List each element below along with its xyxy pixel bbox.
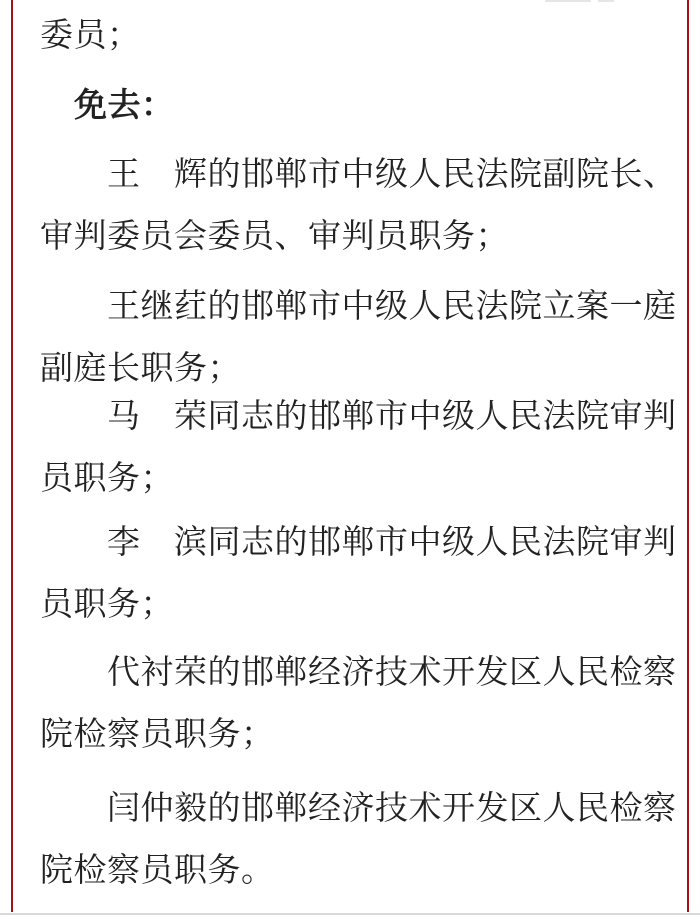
para-yan-zhongyi: 闫仲毅的邯郸经济技术开发区人民检察 院检察员职务。: [40, 778, 680, 902]
para-wang-hui: 王 辉的邯郸市中级人民法院副院长、 审判委员会委员、审判员职务；: [40, 144, 680, 268]
text-line: 审判委员会委员、审判员职务；: [40, 206, 680, 268]
cropped-text-artifact: [598, 0, 614, 2]
text-line: 闫仲毅的邯郸经济技术开发区人民检察: [40, 778, 680, 840]
para-continuation: 委员；: [40, 5, 680, 67]
para-wang-jihong: 王继荭的邯郸市中级人民法院立案一庭 副庭长职务；: [40, 276, 680, 400]
text-line: 代衬荣的邯郸经济技术开发区人民检察: [40, 642, 680, 704]
text-line: 马 荣同志的邯郸市中级人民法院审判: [40, 386, 680, 448]
text-line: 委员；: [40, 5, 680, 67]
text-line: 王 辉的邯郸市中级人民法院副院长、: [40, 144, 680, 206]
text-line: 李 滨同志的邯郸市中级人民法院审判: [40, 512, 680, 574]
text-line: 员职务；: [40, 448, 680, 510]
para-dai-chenrong: 代衬荣的邯郸经济技术开发区人民检察 院检察员职务；: [40, 642, 680, 766]
right-border-line: [687, 0, 689, 912]
para-ma-rong: 马 荣同志的邯郸市中级人民法院审判 员职务；: [40, 386, 680, 510]
document-page: 委员； 免去： 王 辉的邯郸市中级人民法院副院长、 审判委员会委员、审判员职务；…: [0, 0, 700, 920]
text-line: 员职务；: [40, 574, 680, 636]
text-line: 王继荭的邯郸市中级人民法院立案一庭: [40, 276, 680, 338]
bottom-divider-line: [0, 913, 700, 915]
text-line: 院检察员职务；: [40, 704, 680, 766]
para-li-bin: 李 滨同志的邯郸市中级人民法院审判 员职务；: [40, 512, 680, 636]
dismissal-heading-label: 免去：: [40, 75, 680, 137]
para-dismissal-heading: 免去：: [40, 75, 680, 137]
text-line: 院检察员职务。: [40, 840, 680, 902]
document-text: 委员； 免去： 王 辉的邯郸市中级人民法院副院长、 审判委员会委员、审判员职务；…: [40, 5, 680, 902]
cropped-text-artifact: [545, 0, 591, 2]
left-border-line: [11, 0, 13, 912]
